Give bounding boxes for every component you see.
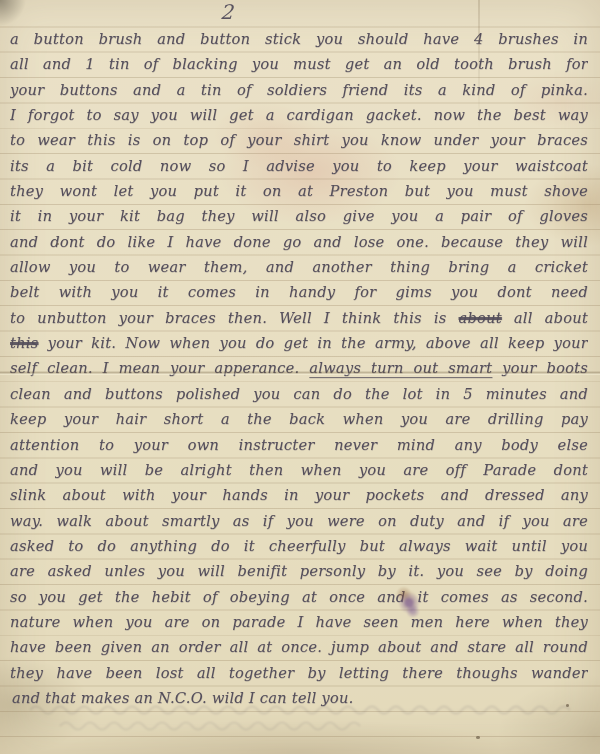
letter-body: a button brush and button stick you shou… <box>10 27 588 711</box>
handwriting-segment: slink about with your hands in your pock… <box>10 487 588 504</box>
handwriting-line: it in your kit bag they will also give y… <box>10 204 588 229</box>
handwriting-segment: I forgot to say you will get a cardigan … <box>10 107 588 124</box>
handwriting-line: a button brush and button stick you shou… <box>10 27 588 52</box>
handwriting-segment: attention to your own instructer never m… <box>10 437 588 454</box>
handwriting-segment: have been given an order all at once. ju… <box>10 639 588 656</box>
handwriting-segment: nature when you are on parade I have see… <box>10 614 588 631</box>
paper-speck <box>566 704 569 707</box>
handwriting-segment: belt with you it comes in handy for gims… <box>10 284 588 301</box>
handwriting-segment: keep your hair short a the back when you… <box>10 411 588 428</box>
handwriting-segment: a button brush and button stick you shou… <box>10 31 588 48</box>
handwriting-segment: allow you to wear them, and another thin… <box>10 259 588 276</box>
handwriting-line: and you will be alright then when you ar… <box>10 458 588 483</box>
ink-blot <box>396 584 422 618</box>
handwriting-segment: its a bit cold now so I advise you to ke… <box>10 158 588 175</box>
handwriting-line: I forgot to say you will get a cardigan … <box>10 103 588 128</box>
handwriting-line: asked to do anything do it cheerfully bu… <box>10 534 588 559</box>
handwriting-line: allow you to wear them, and another thin… <box>10 255 588 280</box>
handwriting-segment: your buttons and a tin of soldiers frien… <box>10 82 588 99</box>
handwriting-segment: clean and buttons polished you can do th… <box>10 386 588 403</box>
handwriting-segment: and dont do like I have done go and lose… <box>10 234 588 251</box>
handwriting-segment: are asked unles you will benifit personl… <box>10 563 588 580</box>
letter-page: 2 a button brush and button stick you sh… <box>0 0 600 754</box>
handwriting-segment: to unbutton your braces then. Well I thi… <box>10 310 459 327</box>
handwriting-line: its a bit cold now so I advise you to ke… <box>10 154 588 179</box>
handwriting-line: keep your hair short a the back when you… <box>10 407 588 432</box>
paper-speck <box>57 243 59 245</box>
handwriting-segment: so you get the hebit of obeying at once … <box>10 589 588 606</box>
handwriting-line: have been given an order all at once. ju… <box>10 635 588 660</box>
handwriting-line: they have been lost all together by lett… <box>10 661 588 686</box>
handwriting-segment: all about <box>502 310 588 327</box>
handwriting-segment: it in your kit bag they will also give y… <box>10 208 588 225</box>
handwriting-segment: and you will be alright then when you ar… <box>10 462 588 479</box>
paper-speck <box>476 736 480 739</box>
handwriting-line: this your kit. Now when you do get in th… <box>10 331 588 356</box>
handwriting-segment: all and 1 tin of blacking you must get a… <box>10 56 588 73</box>
handwriting-segment: they have been lost all together by lett… <box>10 665 588 682</box>
handwriting-line: your buttons and a tin of soldiers frien… <box>10 78 588 103</box>
handwriting-segment: your boots <box>492 360 588 377</box>
handwriting-line: way. walk about smartly as if you were o… <box>10 509 588 534</box>
handwriting-line: so you get the hebit of obeying at once … <box>10 585 588 610</box>
handwriting-line: slink about with your hands in your pock… <box>10 483 588 508</box>
handwriting-line: nature when you are on parade I have see… <box>10 610 588 635</box>
handwriting-line: they wont let you put it on at Preston b… <box>10 179 588 204</box>
handwriting-segment: they wont let you put it on at Preston b… <box>10 183 588 200</box>
handwriting-segment: to wear this is on top of your shirt you… <box>10 132 588 149</box>
handwriting-line: to wear this is on top of your shirt you… <box>10 128 588 153</box>
handwriting-line: to unbutton your braces then. Well I thi… <box>10 306 588 331</box>
handwriting-line: and dont do like I have done go and lose… <box>10 230 588 255</box>
handwriting-line: clean and buttons polished you can do th… <box>10 382 588 407</box>
handwriting-segment-underline: always turn out smart <box>309 360 492 377</box>
handwriting-line: all and 1 tin of blacking you must get a… <box>10 52 588 77</box>
page-number: 2 <box>221 0 236 24</box>
handwriting-line: attention to your own instructer never m… <box>10 433 588 458</box>
bleed-through-writing <box>30 700 570 734</box>
handwriting-segment: self clean. I mean your apperance. <box>10 360 309 377</box>
handwriting-line: are asked unles you will benifit personl… <box>10 559 588 584</box>
handwriting-segment: your kit. Now when you do get in the arm… <box>38 335 588 352</box>
handwriting-line: belt with you it comes in handy for gims… <box>10 280 588 305</box>
handwriting-segment: way. walk about smartly as if you were o… <box>10 513 588 530</box>
handwriting-segment: asked to do anything do it cheerfully bu… <box>10 538 588 555</box>
handwriting-segment-strike: this <box>10 335 38 352</box>
handwriting-line: self clean. I mean your apperance. alway… <box>10 356 588 381</box>
handwriting-segment-strike: about <box>459 310 502 327</box>
